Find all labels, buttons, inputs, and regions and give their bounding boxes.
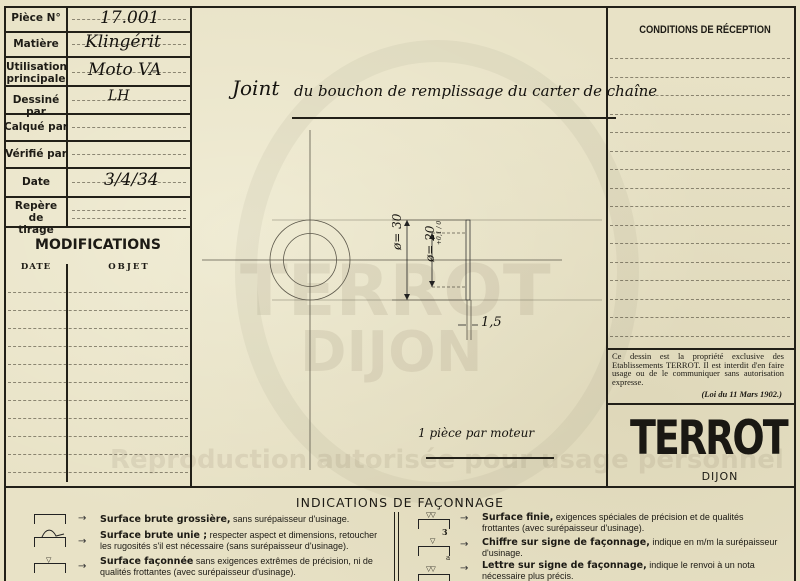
symbol-letter-surface xyxy=(418,574,450,581)
arrow-icon: → xyxy=(460,539,468,550)
value-date: 3/4/34 xyxy=(104,170,159,190)
value-piece-number: 17.001 xyxy=(100,8,159,28)
double-triangle-letter-icon: ▽▽ xyxy=(426,565,435,573)
brand-city: DIJON xyxy=(675,470,765,483)
label-main-use: Utilisation principale xyxy=(6,61,66,85)
arrow-icon: → xyxy=(460,513,468,524)
symbol-number: 3 xyxy=(442,527,448,537)
arrow-icon: → xyxy=(78,536,86,547)
value-main-use: Moto VA xyxy=(88,60,162,80)
arrow-icon: → xyxy=(78,513,86,524)
brand-logo: TERROT xyxy=(630,410,770,465)
label-drawn-by: Dessiné par xyxy=(4,94,68,118)
legal-law: (Loi du 11 Mars 1902.) xyxy=(612,389,782,399)
symbol-plain-rough-surface xyxy=(34,537,66,547)
drawing-title-underline xyxy=(292,117,616,119)
arrow-icon: → xyxy=(78,561,86,572)
drawing-title: du bouchon de remplissage du carter de c… xyxy=(294,82,657,100)
drawing-title-prefix: Joint xyxy=(232,76,279,100)
dimension-outer-diameter: ø= 30 xyxy=(390,214,404,250)
dimension-thickness: 1,5 xyxy=(481,315,502,330)
symbol-letter: a xyxy=(446,554,450,562)
double-triangle-icon: ▽▽ xyxy=(426,511,435,519)
modifications-title: MODIFICATIONS xyxy=(6,237,190,253)
indication-right-1: Surface finie, exigences spéciales de pr… xyxy=(482,512,782,534)
value-material: Klingérit xyxy=(85,32,161,52)
indication-right-2: Chiffre sur signe de façonnage, indique … xyxy=(482,537,782,559)
symbol-rough-surface xyxy=(34,514,66,524)
triangle-symbol-icon: ▽ xyxy=(46,556,51,564)
modifications-col-date: DATE xyxy=(8,262,64,272)
indications-title: INDICATIONS DE FAÇONNAGE xyxy=(0,495,800,510)
label-material: Matière xyxy=(6,38,66,50)
label-print-mark: Repère de tirage xyxy=(14,200,58,236)
modifications-col-objet: OBJET xyxy=(70,262,188,272)
symbol-shaped-surface xyxy=(34,563,66,573)
technical-drawing xyxy=(192,130,606,480)
wave-symbol-icon xyxy=(40,528,66,538)
dimension-inner-diameter: ø= 20 xyxy=(423,226,437,262)
indication-right-3: Lettre sur signe de façonnage, indique l… xyxy=(482,560,782,581)
arrow-icon: → xyxy=(460,563,468,574)
label-date: Date xyxy=(6,176,66,188)
label-traced-by: Calqué par xyxy=(4,121,68,133)
indication-left-2: Surface brute unie ; respecter aspect et… xyxy=(100,530,390,552)
dimension-inner-tolerance: +0,1 / 0 xyxy=(436,221,443,245)
quantity-note-underline xyxy=(426,457,554,459)
indication-left-3: Surface façonnée sans exigences extrêmes… xyxy=(100,556,390,578)
value-drawn-by: LH xyxy=(108,88,130,104)
quantity-note: 1 pièce par moteur xyxy=(418,426,534,440)
label-piece-number: Pièce N° xyxy=(6,12,66,24)
drawing-sheet: TERROT DIJON Reproduction autorisée pour… xyxy=(0,0,800,581)
legal-notice: Ce dessin est la propriété exclusive des… xyxy=(612,352,784,386)
triangle-number-icon: ▽ xyxy=(430,537,435,545)
label-checked-by: Vérifié par xyxy=(4,148,68,160)
reception-title: CONDITIONS DE RÉCEPTION xyxy=(624,24,786,36)
indication-left-1: Surface brute grossière, sans surépaisse… xyxy=(100,514,390,525)
